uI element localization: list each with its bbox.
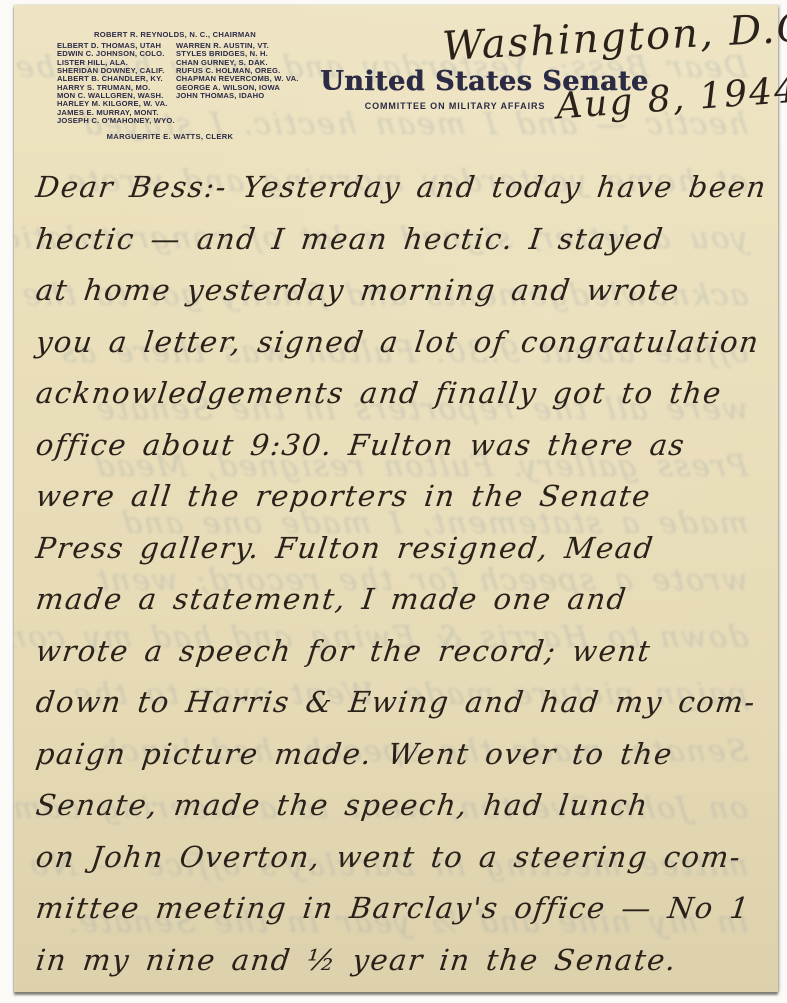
committee-clerk: MARGUERITE E. WATTS, CLERK — [90, 132, 250, 141]
handwritten-line: at home yesterday morning and wrote — [33, 265, 779, 317]
committee-chairman: ROBERT R. REYNOLDS, N. C., CHAIRMAN — [55, 30, 295, 39]
member-name: JOHN THOMAS, IDAHO — [176, 92, 299, 100]
handwritten-line: down to Harris & Ewing and had my com- — [33, 677, 779, 729]
handwritten-line: paign picture made. Went over to the — [33, 729, 779, 781]
handwritten-line: Senate, made the speech, had lunch — [33, 780, 779, 832]
handwritten-line: made a statement, I made one and — [33, 574, 779, 626]
letter-scan: Dear Bess:- Yesterday and today have bee… — [0, 0, 787, 1003]
handwritten-line: hectic — and I mean hectic. I stayed — [33, 214, 779, 266]
handwritten-line: you a letter, signed a lot of congratula… — [33, 317, 779, 369]
committee-name: COMMITTEE ON MILITARY AFFAIRS — [330, 101, 580, 111]
handwritten-line: wrote a speech for the record; went — [33, 626, 779, 678]
handwritten-line: acknowledgements and finally got to the — [33, 368, 779, 420]
letter-body: Dear Bess:- Yesterday and today have bee… — [36, 162, 776, 986]
handwritten-line: were all the reporters in the Senate — [33, 471, 779, 523]
senate-wordmark: United States Senate — [320, 66, 590, 97]
handwritten-line: mittee meeting in Barclay's office — No … — [33, 883, 779, 935]
committee-members-right: WARREN R. AUSTIN, VT. STYLES BRIDGES, N.… — [176, 42, 299, 100]
member-name: JOSEPH C. O'MAHONEY, WYO. — [57, 117, 175, 125]
handwritten-line: Press gallery. Fulton resigned, Mead — [33, 523, 779, 575]
handwritten-line: in my nine and ½ year in the Senate. — [33, 935, 779, 987]
handwritten-line: Dear Bess:- Yesterday and today have bee… — [33, 162, 779, 214]
handwritten-line: on John Overton, went to a steering com- — [33, 832, 779, 884]
committee-members-left: ELBERT D. THOMAS, UTAH EDWIN C. JOHNSON,… — [57, 42, 175, 125]
handwritten-line: office about 9:30. Fulton was there as — [33, 420, 779, 472]
